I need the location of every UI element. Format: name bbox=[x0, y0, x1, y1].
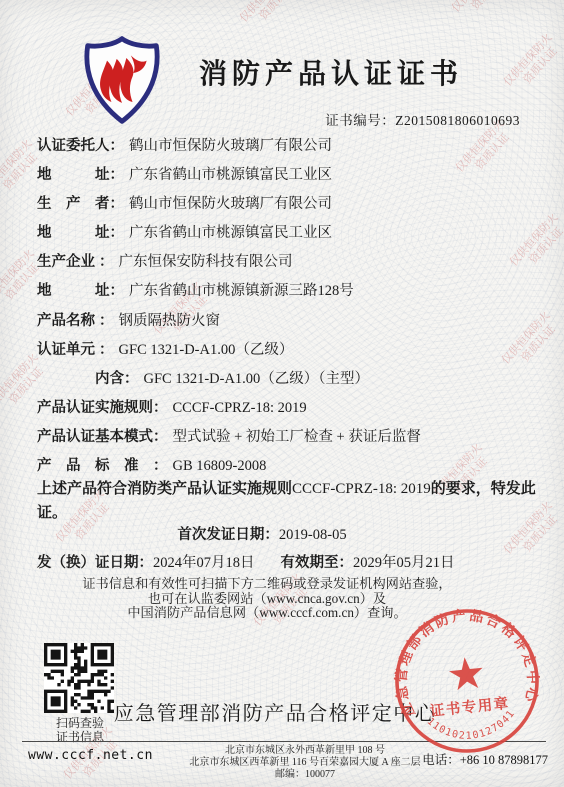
qr-block: 扫码查验 证书信息 bbox=[44, 643, 116, 744]
field-certification-unit: 认证单元 ：GFC 1321-D-A1.00（乙级） bbox=[37, 340, 538, 362]
field-implementation-rule: 产品认证实施规则：CCCF-CPRZ-18: 2019 bbox=[37, 398, 538, 420]
cccf-shield-flame-logo bbox=[72, 36, 172, 124]
field-manufacturer-address: 地 址：广东省鹤山市桃源镇新源三路128号 bbox=[37, 281, 538, 303]
field-applicant: 认证委托人：鹤山市恒保防火玻璃厂有限公司 bbox=[37, 136, 538, 158]
first-issue-date: 首次发证日期：2019-08-05 bbox=[0, 523, 524, 544]
official-seal: 应急管理部消防产品合格评定中心 ★ 证书专用章 11010210127041 bbox=[385, 599, 550, 764]
certificate-number-value: Z2015081806010693 bbox=[395, 113, 520, 128]
field-product-name: 产品名称 ：钢质隔热防火窗 bbox=[37, 311, 538, 333]
certificate-fields: 认证委托人：鹤山市恒保防火玻璃厂有限公司 地 址：广东省鹤山市桃源镇富民工业区 … bbox=[37, 136, 538, 485]
footer-website: www.cccf.net.cn bbox=[28, 748, 153, 763]
field-certification-mode: 产品认证基本模式：型式试验 + 初始工厂检查 + 获证后监督 bbox=[37, 427, 538, 449]
seal-star-icon: ★ bbox=[444, 648, 488, 701]
conformity-statement: 上述产品符合消防类产品认证实施规则CCCF-CPRZ-18: 2019的要求，特… bbox=[37, 477, 538, 525]
field-manufacturer: 生产企业 ：广东恒保安防科技有限公司 bbox=[37, 252, 538, 274]
field-applicant-address: 地 址：广东省鹤山市桃源镇富民工业区 bbox=[37, 165, 538, 187]
footer-postcode: 邮编：100077 bbox=[160, 769, 450, 781]
field-included-model: 内含：GFC 1321-D-A1.00（乙级）（主型） bbox=[37, 369, 538, 391]
certificate-number: 证书编号：Z2015081806010693 bbox=[325, 109, 520, 129]
field-producer: 生 产 者：鹤山市恒保防火玻璃厂有限公司 bbox=[37, 194, 538, 216]
field-producer-address: 地 址：广东省鹤山市桃源镇富民工业区 bbox=[37, 223, 538, 245]
field-product-standard: 产 品 标 准 ：GB 16809-2008 bbox=[37, 456, 538, 478]
issue-validity-dates: 发（换）证日期：2024年07月18日有效期至：2029年05月21日 bbox=[37, 551, 455, 572]
certificate-number-label: 证书编号： bbox=[325, 113, 395, 128]
verification-note-line2: 也可在认监委网站（www.cnca.gov.cn）及 bbox=[0, 592, 534, 607]
certificate-title: 消防产品认证证书 bbox=[168, 52, 494, 92]
certificate-page: 消防产品认证证书 证书编号：Z2015081806010693 认证委托人：鹤山… bbox=[0, 0, 564, 787]
verification-note-line1: 证书信息和有效性可扫描下方二维码或登录发证机构网站查验， bbox=[0, 577, 534, 592]
